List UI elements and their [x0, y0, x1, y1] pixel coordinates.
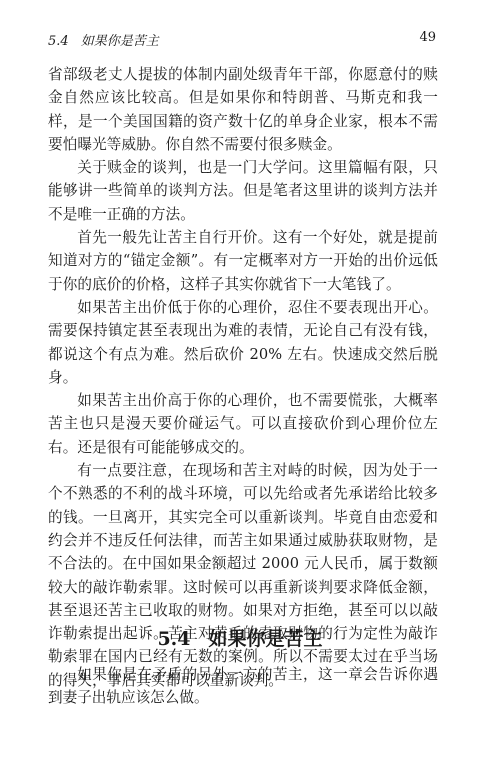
running-header-section-number: 5.4 [48, 34, 69, 49]
section-number: 5.4 [157, 628, 190, 650]
paragraph-continued: 省部级老丈人提拔的体制内副处级青年干部，你愿意付的赎金自然应该比较高。但是如果你… [48, 63, 438, 156]
running-header-section-title: 如果你是苦主 [81, 34, 159, 49]
paragraph: 如果苦主出价低于你的心理价，忍住不要表现出开心。需要保持镇定甚至表现出为难的表情… [48, 296, 438, 389]
paragraph: 如果苦主出价高于你的心理价，也不需要慌张，大概率苦主也只是漫天要价碰运气。可以直… [48, 389, 438, 459]
body-text: 省部级老丈人提拔的体制内副处级青年干部，你愿意付的赎金自然应该比较高。但是如果你… [48, 63, 438, 692]
paragraph: 首先一般先让苦主自行开价。这有一个好处，就是提前知道对方的“锚定金额”。有一定概… [48, 226, 438, 296]
section-title: 如果你是苦主 [209, 628, 323, 650]
paragraph: 有一点要注意，在现场和苦主对峙的时候，因为处于一个不熟悉的不利的战斗环境，可以先… [48, 459, 438, 692]
paragraph: 如果你是在矛盾的另外一方的苦主，这一章会告诉你遇到妻子出轨应该怎么做。 [48, 663, 438, 710]
paragraph: 关于赎金的谈判，也是一门大学问。这里篇幅有限，只能够讲一些简单的谈判方法。但是笔… [48, 156, 438, 226]
running-header-section: 5.4如果你是苦主 [48, 30, 159, 49]
running-header: 5.4如果你是苦主 49 [48, 30, 436, 48]
section-body: 如果你是在矛盾的另外一方的苦主，这一章会告诉你遇到妻子出轨应该怎么做。 [48, 663, 438, 710]
page-number: 49 [419, 30, 436, 45]
section-heading: 5.4如果你是苦主 [0, 624, 480, 651]
